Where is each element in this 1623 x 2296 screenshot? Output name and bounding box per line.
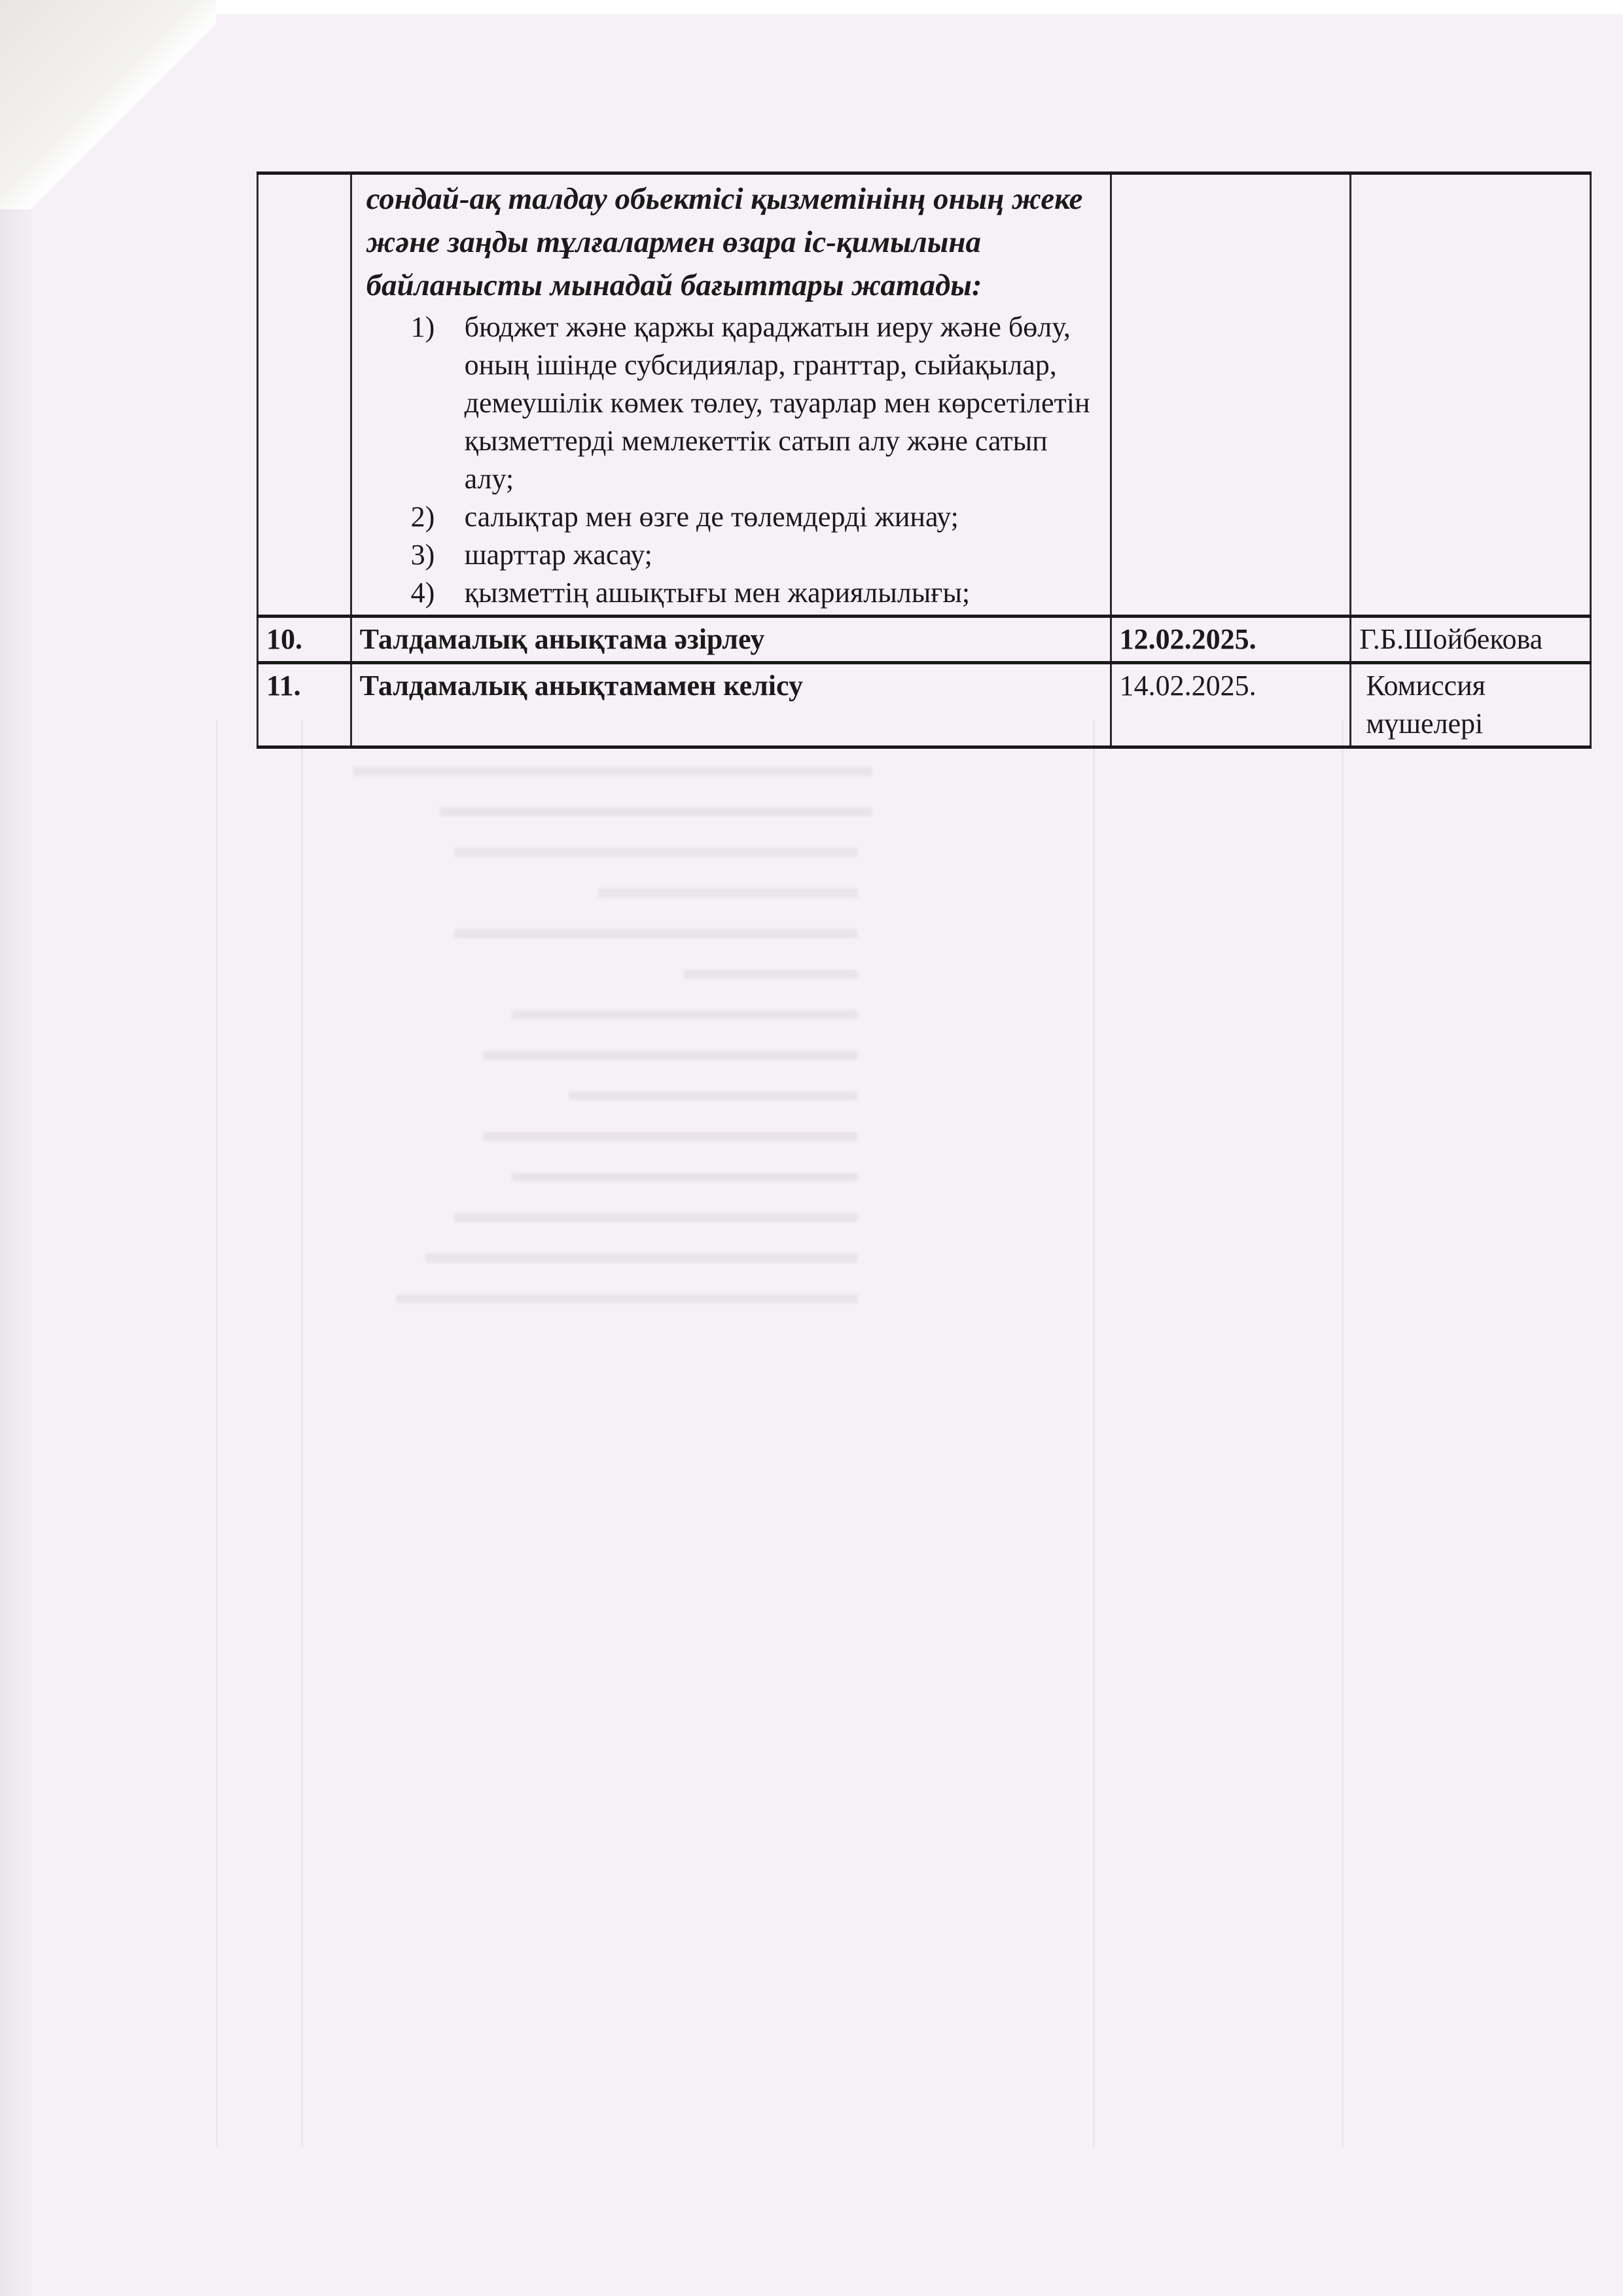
page-edge-shadow	[0, 209, 33, 2296]
scan-top-margin	[0, 0, 1623, 14]
bleed-through-rule	[301, 720, 303, 2147]
folded-page-corner	[0, 0, 216, 216]
direction-item: 4)қызметтің ашықтығы мен жариялылығы;	[452, 574, 1102, 612]
bleed-through-rule	[1342, 720, 1344, 2147]
table-row-continued: сондай-ақ талдау обьектісі қызметінінң о…	[258, 173, 1591, 617]
direction-text: бюджет және қаржы қараджатын иеру және б…	[465, 311, 1090, 495]
date-cell	[1111, 173, 1351, 617]
direction-marker: 2)	[411, 498, 435, 536]
bleed-through-rule	[1093, 720, 1095, 2147]
direction-item: 3)шарттар жасау;	[452, 536, 1102, 574]
task-cell: сондай-ақ талдау обьектісі қызметінінң о…	[351, 173, 1111, 617]
bleed-through-text: ▬▬▬▬▬▬▬▬▬▬▬▬▬▬▬▬▬▬▬▬▬▬▬▬▬▬▬▬▬▬▬▬▬ ▬▬▬▬▬▬…	[353, 746, 872, 1314]
row-number-cell: 11.	[258, 663, 351, 747]
direction-item: 2)салықтар мен өзге де төлемдерді жинау;	[452, 498, 1102, 536]
responsible-cell: Комиссия мүшелері	[1351, 663, 1591, 747]
responsible-cell: Г.Б.Шойбекова	[1351, 617, 1591, 663]
bleed-through-rule	[216, 720, 218, 2147]
task-cell: Талдамалық анықтамамен келісу	[351, 663, 1111, 747]
responsible-cell	[1351, 173, 1591, 617]
direction-item: 1)бюджет және қаржы қараджатын иеру және…	[452, 308, 1102, 498]
date-cell: 14.02.2025.	[1111, 663, 1351, 747]
task-cell: Талдамалық анықтама әзірлеу	[351, 617, 1111, 663]
direction-marker: 3)	[411, 536, 435, 574]
direction-text: қызметтің ашықтығы мен жариялылығы;	[465, 577, 971, 609]
direction-marker: 1)	[411, 308, 435, 346]
direction-text: салықтар мен өзге де төлемдерді жинау;	[465, 501, 959, 533]
date-cell: 12.02.2025.	[1111, 617, 1351, 663]
row-number-cell	[258, 173, 351, 617]
directions-intro: сондай-ақ талдау обьектісі қызметінінң о…	[360, 177, 1102, 307]
row-number-cell: 10.	[258, 617, 351, 663]
direction-text: шарттар жасау;	[465, 539, 652, 571]
work-plan-table: сондай-ақ талдау обьектісі қызметінінң о…	[257, 171, 1592, 749]
table-row: 10. Талдамалық анықтама әзірлеу 12.02.20…	[258, 617, 1591, 663]
directions-list: 1)бюджет және қаржы қараджатын иеру және…	[360, 308, 1102, 612]
direction-marker: 4)	[411, 574, 435, 612]
table-row: 11. Талдамалық анықтамамен келісу 14.02.…	[258, 663, 1591, 747]
